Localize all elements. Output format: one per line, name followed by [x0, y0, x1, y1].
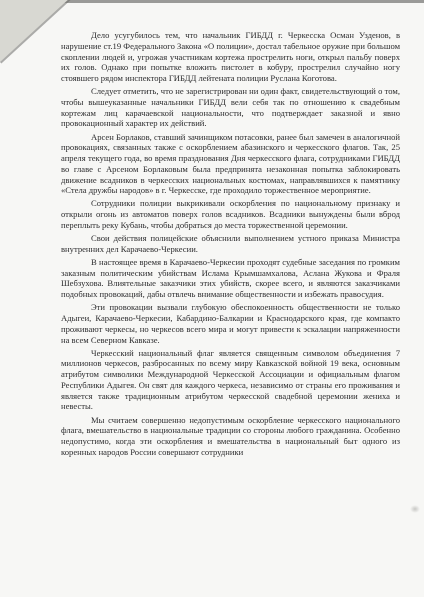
paragraph-3: Арсен Борлаков, ставший зачинщиком потас… — [61, 132, 400, 197]
scanned-page: Дело усугубилось тем, что начальник ГИБД… — [0, 0, 424, 597]
paragraph-2: Следует отметить, что не зарегистрирован… — [61, 86, 400, 129]
paragraph-1: Дело усугубилось тем, что начальник ГИБД… — [61, 30, 400, 84]
document-body: Дело усугубилось тем, что начальник ГИБД… — [61, 30, 400, 460]
scan-smudge — [410, 505, 420, 513]
paragraph-8: Черкесский национальный флаг является св… — [61, 348, 400, 413]
paragraph-9: Мы считаем совершенно недопустимым оскор… — [61, 415, 400, 458]
paragraph-6: В настоящее время в Карачаево-Черкесии п… — [61, 257, 400, 300]
paragraph-5: Свои действия полицейские объяснили выпо… — [61, 233, 400, 255]
paragraph-7: Эти провокации вызвали глубокую обеспоко… — [61, 302, 400, 345]
paragraph-4: Сотрудники полиции выкрикивали оскорблен… — [61, 198, 400, 230]
